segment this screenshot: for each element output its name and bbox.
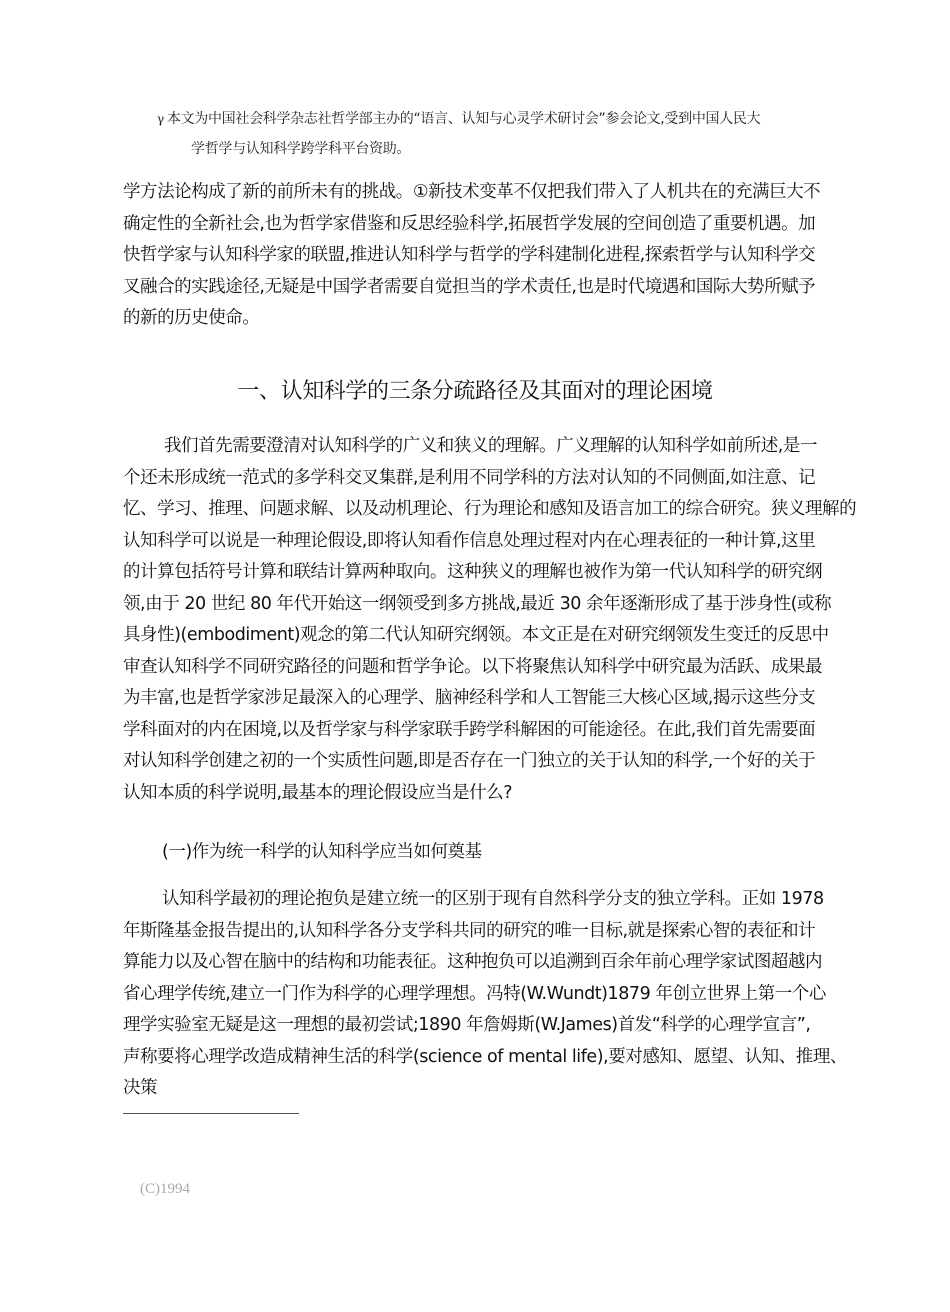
text-line: 为丰富,也是哲学家涉足最深入的心理学、脑神经科学和人工智能三大核心区域,揭示这些… [123, 684, 815, 709]
text-line: 的计算包括符号计算和联结计算两种取向。这种狭义的理解也被作为第一代认知科学的研究… [123, 558, 822, 583]
text-line: 省心理学传统,建立一门作为科学的心理学理想。冯特(W.Wundt)1879 年创… [123, 980, 826, 1005]
text-line: 年斯隆基金报告提出的,认知科学各分支学科共同的研究的唯一目标,就是探索心智的表征… [123, 917, 815, 942]
subsection-heading: (一)作为统一科学的认知科学应当如何奠基 [162, 838, 482, 863]
text-line: 领,由于 20 世纪 80 年代开始这一纲领受到多方挑战,最近 30 余年逐渐形… [123, 590, 831, 615]
text-line: 具身性)(embodiment)观念的第二代认知研究纲领。本文正是在对研究纲领发… [123, 621, 829, 646]
text-line: 确定性的全新社会,也为哲学家借鉴和反思经验科学,拓展哲学发展的空间创造了重要机遇… [123, 210, 815, 235]
text-line: 忆、学习、推理、问题求解、以及动机理论、行为理论和感知及语言加工的综合研究。狭义… [123, 495, 856, 520]
text-line: 审查认知科学不同研究路径的问题和哲学争论。以下将聚焦认知科学中研究最为活跃、成果… [123, 653, 822, 678]
text-line: 认知本质的科学说明,最基本的理论假设应当是什么? [123, 779, 512, 804]
text-line: 算能力以及心智在脑中的结构和功能表征。这种抱负可以追溯到百余年前心理学家试图超越… [123, 948, 822, 973]
text-line: 我们首先需要澄清对认知科学的广义和狭义的理解。广义理解的认知科学如前所述,是一 [164, 432, 817, 457]
text-line: 认知科学最初的理论抱负是建立统一的区别于现有自然科学分支的独立学科。正如 197… [162, 885, 824, 910]
footnote-marker: γ [157, 112, 164, 126]
text-line: 叉融合的实践途径,无疑是中国学者需要自觉担当的学术责任,也是时代境遇和国际大势所… [123, 273, 815, 298]
text-line: 快哲学家与认知科学家的联盟,推进认知科学与哲学的学科建制化进程,探索哲学与认知科… [123, 241, 815, 266]
text-line: 声称要将心理学改造成精神生活的科学(science of mental life… [123, 1043, 847, 1068]
text-line: 学方法论构成了新的前所未有的挑战。①新技术变革不仅把我们带入了人机共在的充满巨大… [123, 178, 820, 203]
text-line: 学科面对的内在困境,以及哲学家与科学家联手跨学科解困的可能途径。在此,我们首先需… [123, 716, 815, 741]
footnote-line-1: γ本文为中国社会科学杂志社哲学部主办的“语言、认知与心灵学术研讨会”参会论文,受… [157, 108, 760, 128]
text-line: 的新的历史使命。 [123, 304, 259, 329]
text-line: 认知科学可以说是一种理论假设,即将认知看作信息处理过程对内在心理表征的一种计算,… [123, 527, 815, 552]
text-line: 个还未形成统一范式的多学科交叉集群,是利用不同学科的方法对认知的不同侧面,如注意… [123, 464, 815, 489]
text-line: 对认知科学创建之初的一个实质性问题,即是否存在一门独立的关于认知的科学,一个好的… [123, 747, 815, 772]
text-line: 决策 [123, 1074, 157, 1099]
section-heading: 一、认知科学的三条分疏路径及其面对的理论困境 [0, 374, 950, 405]
copyright-notice: (C)1994 [140, 1181, 190, 1198]
text-line: 理学实验室无疑是这一理想的最初尝试;1890 年詹姆斯(W.James)首发“科… [123, 1011, 810, 1036]
footnote-divider [123, 1113, 299, 1114]
footnote-line-2: 学哲学与认知科学跨学科平台资助。 [191, 138, 410, 158]
